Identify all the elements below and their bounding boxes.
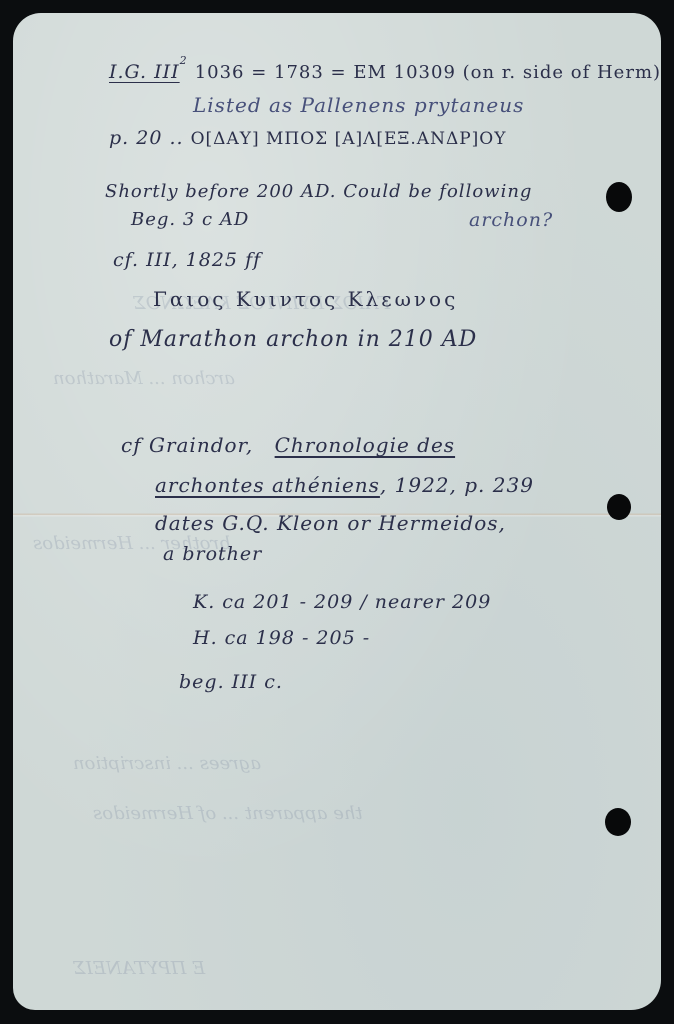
punch-hole-top [606, 182, 632, 212]
note-line-hermeidos-dates: H. ca 198 - 205 - [193, 627, 370, 649]
bleed-through-text: archon ... Marathon [53, 368, 235, 389]
note-line-marathon-archon: of Marathon archon in 210 AD [109, 327, 477, 352]
bleed-through-text: the apparent ... of Hermeidos [93, 803, 363, 824]
note-line-cf-1825: cf. III, 1825 ff [113, 249, 261, 271]
note-line-book-title: archontes athéniens, 1922, p. 239 [155, 473, 534, 497]
note-line-reference: I.G. III2 1036 = 1783 = EM 10309 (on r. … [109, 61, 661, 83]
note-line-dates-kleon: dates G.Q. Kleon or Hermeidos, [155, 511, 506, 535]
graindor-prefix: cf Graindor, [121, 433, 253, 457]
bleed-through-text: Ε ΠΡΥΤΑΝΕΙΣ [73, 958, 205, 979]
note-line-greek-inscription: p. 20 .. Ο[ΔΑΥ] ΜΠΟΣ [Α]Λ[ΕΞ.ΑΝΔΡ]ΟΥ [109, 127, 506, 149]
punch-hole-middle [607, 494, 631, 520]
book-title-part2: archontes athéniens [155, 473, 380, 497]
note-line-dating: Shortly before 200 AD. Could be followin… [105, 181, 532, 202]
note-line-listed: Listed as Pallenens prytaneus [193, 93, 524, 117]
book-citation: , 1922, p. 239 [380, 473, 534, 497]
note-line-brother: a brother [163, 543, 262, 565]
page-ref: p. 20 .. [109, 127, 184, 149]
note-line-beg-iii-c: beg. III c. [179, 671, 283, 693]
inscription-numbers: 1036 = 1783 = EM 10309 (on r. side of He… [195, 62, 661, 83]
note-line-kleon-dates: K. ca 201 - 209 / nearer 209 [193, 591, 491, 613]
note-line-beg-3c: Beg. 3 c AD [131, 209, 249, 230]
note-line-greek-name: Γαιος Κυιντος Κλεωνος [153, 287, 458, 311]
ig-reference: I.G. III [109, 61, 180, 83]
note-line-graindor: cf Graindor, Chronologie des [121, 433, 455, 457]
greek-inscription-text: Ο[ΔΑΥ] ΜΠΟΣ [Α]Λ[ΕΞ.ΑΝΔΡ]ΟΥ [191, 129, 507, 149]
note-line-archon-question: archon? [469, 209, 553, 231]
ig-edition-superscript: 2 [180, 54, 188, 67]
paper-sheet: ΓΑΙΟΣ ΚΥΙΝΤΟΣ ΚΛΕΩΝΟΣ archon ... Maratho… [13, 13, 661, 1010]
punch-hole-bottom [605, 808, 631, 836]
bleed-through-text: agrees ... inscription [73, 753, 261, 774]
book-title-part1: Chronologie des [275, 433, 455, 457]
